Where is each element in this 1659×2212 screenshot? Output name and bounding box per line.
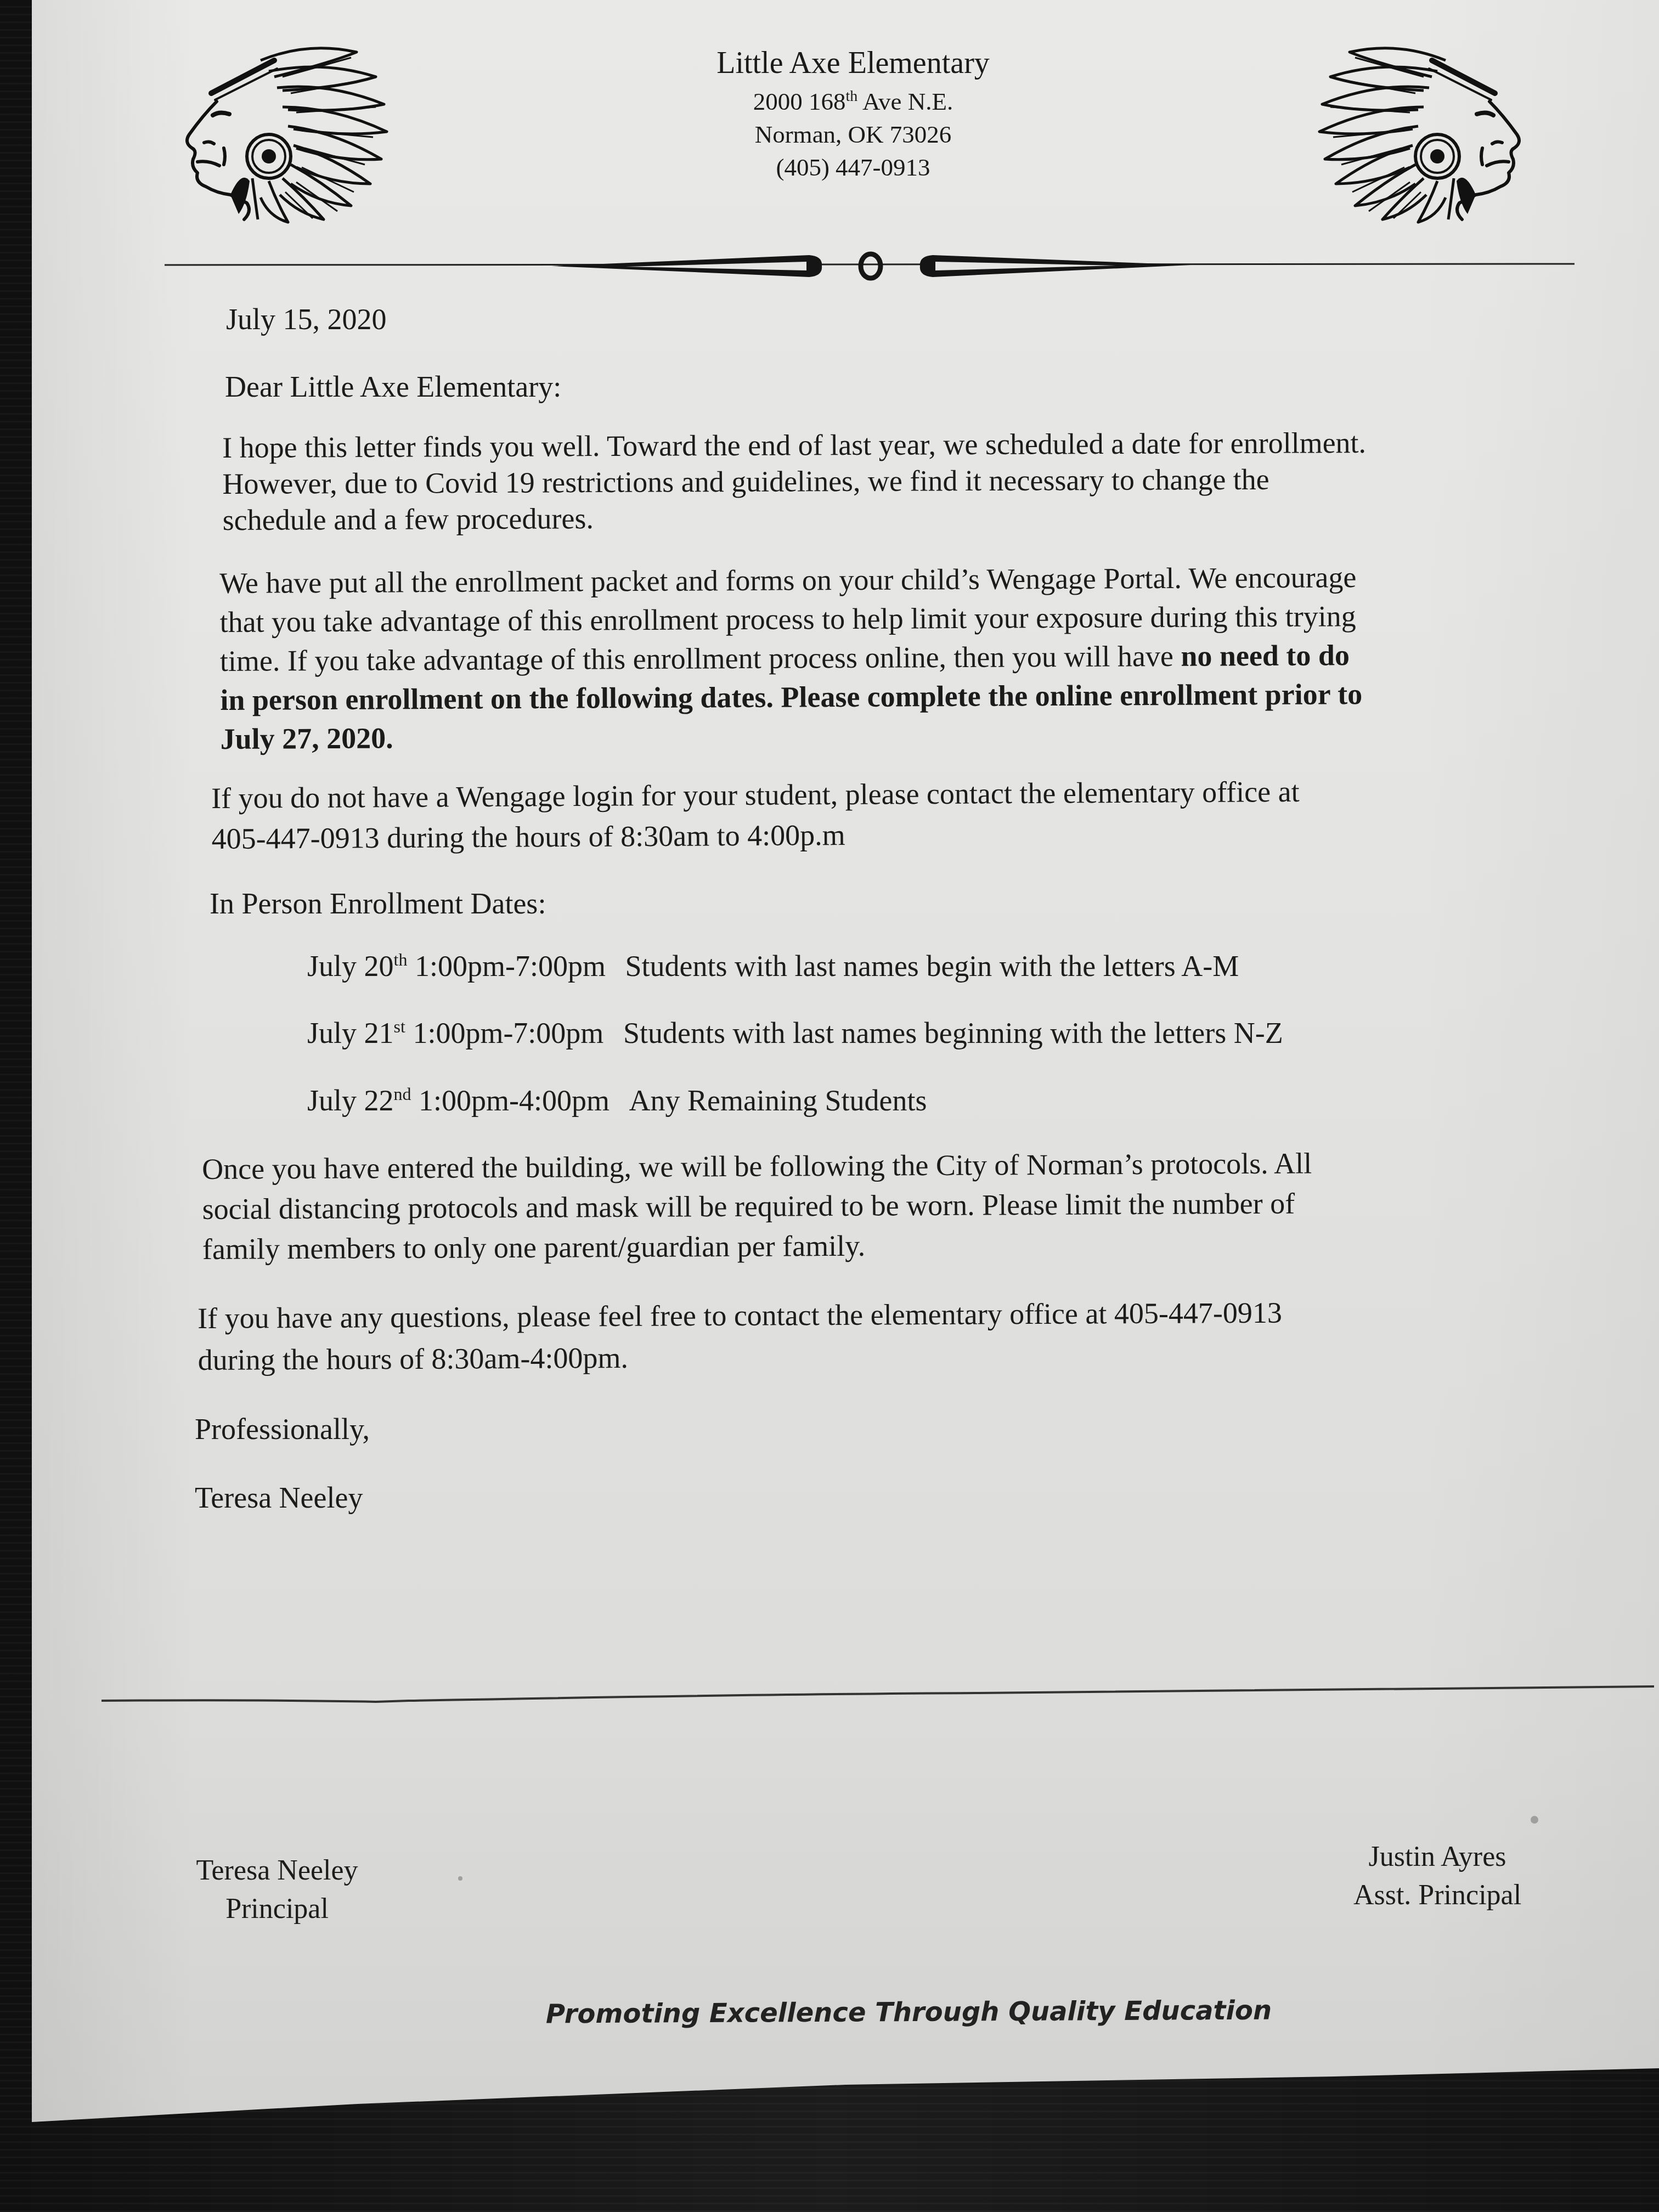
- letter-salutation: Dear Little Axe Elementary:: [225, 368, 561, 406]
- schedule-row: July 21st 1:00pm-7:00pm Students with la…: [307, 1016, 1283, 1050]
- letter-date: July 15, 2020: [226, 300, 387, 338]
- school-tagline: Promoting Excellence Through Quality Edu…: [546, 1995, 1272, 2030]
- school-city-state-zip: Norman, OK 73026: [603, 118, 1103, 151]
- school-address: 2000 168th Ave N.E.: [603, 85, 1103, 118]
- school-name: Little Axe Elementary: [603, 41, 1103, 85]
- emphasis-deadline-date: July 27, 2020.: [220, 714, 1362, 759]
- headdress-profile-icon: [1311, 38, 1542, 225]
- schedule-row: July 22nd 1:00pm-4:00pm Any Remaining St…: [307, 1084, 927, 1118]
- paper-speck: [1531, 1816, 1538, 1824]
- footer-divider-line: [101, 1684, 1654, 1706]
- paper-speck: [458, 1876, 462, 1881]
- principal-title: Principal: [181, 1890, 373, 1928]
- ornamental-divider: [165, 250, 1575, 283]
- school-phone: (405) 447-0913: [603, 151, 1103, 184]
- paragraph-online-enrollment: We have put all the enrollment packet an…: [219, 558, 1363, 759]
- headdress-profile-icon: [165, 38, 395, 225]
- letter-signature: Teresa Neeley: [195, 1479, 363, 1517]
- paragraph-questions-contact: If you have any questions, please feel f…: [198, 1292, 1283, 1381]
- letter-closing: Professionally,: [195, 1410, 370, 1448]
- asst-principal-name: Justin Ayres: [1339, 1838, 1536, 1876]
- letterhead: Little Axe Elementary 2000 168th Ave N.E…: [603, 41, 1103, 184]
- emphasis-no-need: no need to do: [1181, 639, 1350, 673]
- schedule-row: July 20th 1:00pm-7:00pm Students with la…: [307, 949, 1239, 983]
- emphasis-deadline-instruction: in person enrollment on the following da…: [220, 675, 1362, 720]
- paragraph-building-protocols: Once you have entered the building, we w…: [202, 1143, 1312, 1269]
- schedule-heading: In Person Enrollment Dates:: [210, 884, 546, 923]
- asst-principal-title: Asst. Principal: [1339, 1876, 1536, 1915]
- asst-principal-signatory: Justin Ayres Asst. Principal: [1339, 1838, 1536, 1915]
- paragraph-intro: I hope this letter finds you well. Towar…: [222, 425, 1367, 538]
- paragraph-wengage-login: If you do not have a Wengage login for y…: [211, 771, 1300, 859]
- principal-name: Teresa Neeley: [181, 1852, 373, 1890]
- principal-signatory: Teresa Neeley Principal: [181, 1852, 373, 1928]
